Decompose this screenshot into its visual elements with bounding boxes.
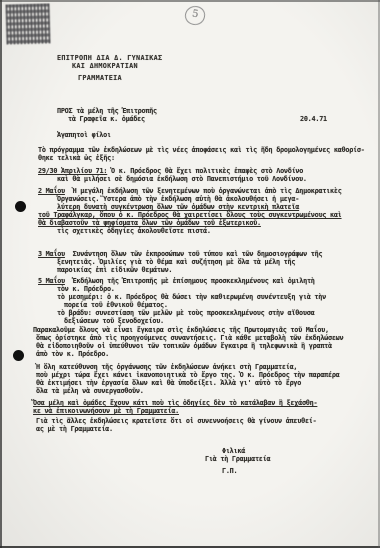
emphasis-line-underlined: κε νὰ ἐπικοινωνήσουν μὲ τὴ Γραμματεία. bbox=[33, 407, 179, 415]
page-number-badge: 5 bbox=[184, 5, 207, 27]
schedule-line: τὶς σχετικὲς ὁδηγίες ἀκολουθεῖστε πιστά. bbox=[57, 227, 211, 235]
schedule-date-label: 3 Μαΐου bbox=[38, 250, 65, 258]
notice-line: ἀπὸ τὸν κ. Πρόεδρο. bbox=[36, 350, 109, 358]
recipient-line2: τὰ Γραφεῖα κ. ὁμάδες bbox=[68, 115, 145, 123]
schedule-text: Συνάντηση ὅλων τῶν ἐκπροσώπων τοῦ τύπου … bbox=[65, 250, 322, 258]
emphasis-line-underlined: Ὅσα μέλη καὶ ὁμάδες ἔχουν κάτι ποὺ τὶς ὁ… bbox=[33, 399, 317, 407]
schedule-item-may5: 5 Μαΐου Ἐκδήλωση τῆς Ἐπιτροπῆς μὲ ἐπίσημ… bbox=[38, 277, 315, 285]
margin-bullet-icon bbox=[15, 201, 26, 212]
schedule-line: καὶ θὰ μιλήσει σὲ δημόσια ἐκδήλωση στὸ Π… bbox=[57, 175, 307, 183]
org-name-line1: ΕΠΙΤΡΟΠΗ ΔΙΑ Δ. ΓΥΝΑΙΚΑΣ bbox=[57, 54, 162, 62]
schedule-text: Ἡ μεγάλη ἐκδήλωση τῶν ξενητεμένων ποὺ ὀρ… bbox=[65, 187, 342, 195]
schedule-item-may2: 2 Μαΐου Ἡ μεγάλη ἐκδήλωση τῶν ξενητεμένω… bbox=[38, 187, 342, 195]
notice-line: ὅπως ὁρίστηκε ἀπὸ τὶς προηγούμενες συναν… bbox=[36, 334, 343, 342]
schedule-line: τὸ βράδυ: συνεστίαση τῶν μελῶν μὲ τοὺς π… bbox=[57, 309, 314, 317]
org-name-line2: ΚΑΙ ΔΗΜΟΚΡΑΤΙΑΝ bbox=[72, 62, 138, 70]
schedule-line: ξενητειᾶς. Ὁμιλίες γιὰ τὸ θέμα καὶ συζήτ… bbox=[57, 258, 295, 266]
schedule-date-label: 2 Μαΐου bbox=[38, 187, 65, 195]
schedule-line: δεξιώσεων τοῦ ξενοδοχείου. bbox=[64, 317, 164, 325]
ink-stamp-icon bbox=[5, 3, 50, 44]
signature-salutation: Φιλικά bbox=[222, 447, 245, 455]
schedule-line: Ὀργανώσεις. Ὕστερα ἀπὸ τὴν ἐκδήλωση αὐτὴ… bbox=[57, 195, 299, 203]
notice-line: θὰ εἰδοποιηθοῦν οἱ ὑπεύθυνοι τῶν τοπικῶν… bbox=[36, 342, 332, 350]
scanned-letter-page: 5 ΕΠΙΤΡΟΠΗ ΔΙΑ Δ. ΓΥΝΑΙΚΑΣ ΚΑΙ ΔΗΜΟΚΡΑΤΙ… bbox=[0, 0, 380, 548]
schedule-line: παροικίας ἐπὶ εἰδικῶν θεμάτων. bbox=[57, 266, 172, 274]
margin-bullet-icon bbox=[13, 350, 24, 361]
organization-line: ὅλα τὰ μέλη νὰ συνεργασθοῦν. bbox=[36, 387, 144, 395]
organization-line: θὰ ἐκτιμήσει τὴν ἐργασία ὅλων καὶ θὰ ὑπο… bbox=[36, 379, 301, 387]
schedule-line: πορεία τοῦ ἐθνικοῦ θέματος. bbox=[64, 301, 168, 309]
schedule-text: Ὁ κ. Πρόεδρος θὰ ἔχει πολιτικὲς ἐπαφὲς σ… bbox=[107, 167, 303, 175]
schedule-item-april: 29/30 Ἀπριλίου 71: Ὁ κ. Πρόεδρος θὰ ἔχει… bbox=[38, 167, 303, 175]
closing-line: ας μὲ τὴ Γραμματεία. bbox=[36, 425, 113, 433]
intro-line: Τὸ πρόγραμμα τῶν ἐκδηλώσεων μὲ τὶς νέες … bbox=[38, 146, 365, 154]
organization-line: ποὺ μέχρι τώρα ἔχει κάνει ἱκανοποιητικὰ … bbox=[36, 371, 340, 379]
schedule-line: τὸν κ. Πρόεδρο. bbox=[57, 285, 115, 293]
schedule-line: τὸ μεσημέρι: ὁ κ. Πρόεδρος θὰ δώσει τὴν … bbox=[57, 293, 326, 301]
greeting: Ἀγαπητοὶ φίλοι bbox=[57, 131, 111, 139]
letter-date: 20.4.71 bbox=[300, 115, 327, 123]
scan-edge-top bbox=[0, 0, 380, 2]
intro-line: θηκε τελικὰ ὡς ἑξῆς: bbox=[38, 154, 115, 162]
signature-role: Γιὰ τὴ Γραμματεία bbox=[205, 455, 270, 463]
notice-line: Παρακαλοῦμε ὅλους νὰ εἶναι ἔγκαιρα στὶς … bbox=[33, 326, 329, 334]
schedule-date-label: 29/30 Ἀπριλίου 71: bbox=[38, 167, 107, 175]
signature-initials: Γ.Π. bbox=[222, 467, 237, 475]
schedule-line-underlined: θὰ διαβαστοῦν τὰ ψηφίσματα ὅλων τῶν ὁμάδ… bbox=[38, 219, 261, 227]
recipient-line1: ΠΡΟΣ τὰ μέλη τῆς Ἐπιτροπῆς bbox=[57, 107, 157, 115]
org-name-line3: ΓΡΑΜΜΑΤΕΙΑ bbox=[78, 74, 122, 82]
schedule-item-may3: 3 Μαΐου Συνάντηση ὅλων τῶν ἐκπροσώπων το… bbox=[38, 250, 322, 258]
scan-edge-left bbox=[0, 0, 2, 548]
organization-line: Ἡ ὅλη κατεύθυνση τῆς ὀργάνωσης τῶν ἐκδηλ… bbox=[36, 363, 297, 371]
schedule-text: Ἐκδήλωση τῆς Ἐπιτροπῆς μὲ ἐπίσημους προσ… bbox=[65, 277, 315, 285]
closing-line: Γιὰ τὶς ἄλλες ἐκδηλώσεις κρατεῖστε ὅτι ο… bbox=[36, 417, 316, 425]
schedule-date-label: 5 Μαΐου bbox=[38, 277, 65, 285]
schedule-line-underlined: λύτερη δυνατὴ συγκέντρωση ὅλων τῶν ὁμάδω… bbox=[57, 203, 299, 211]
schedule-line-underlined: τοῦ Τραφάλγκαρ, ὅπου ὁ κ. Πρόεδρος θὰ χα… bbox=[38, 211, 342, 219]
